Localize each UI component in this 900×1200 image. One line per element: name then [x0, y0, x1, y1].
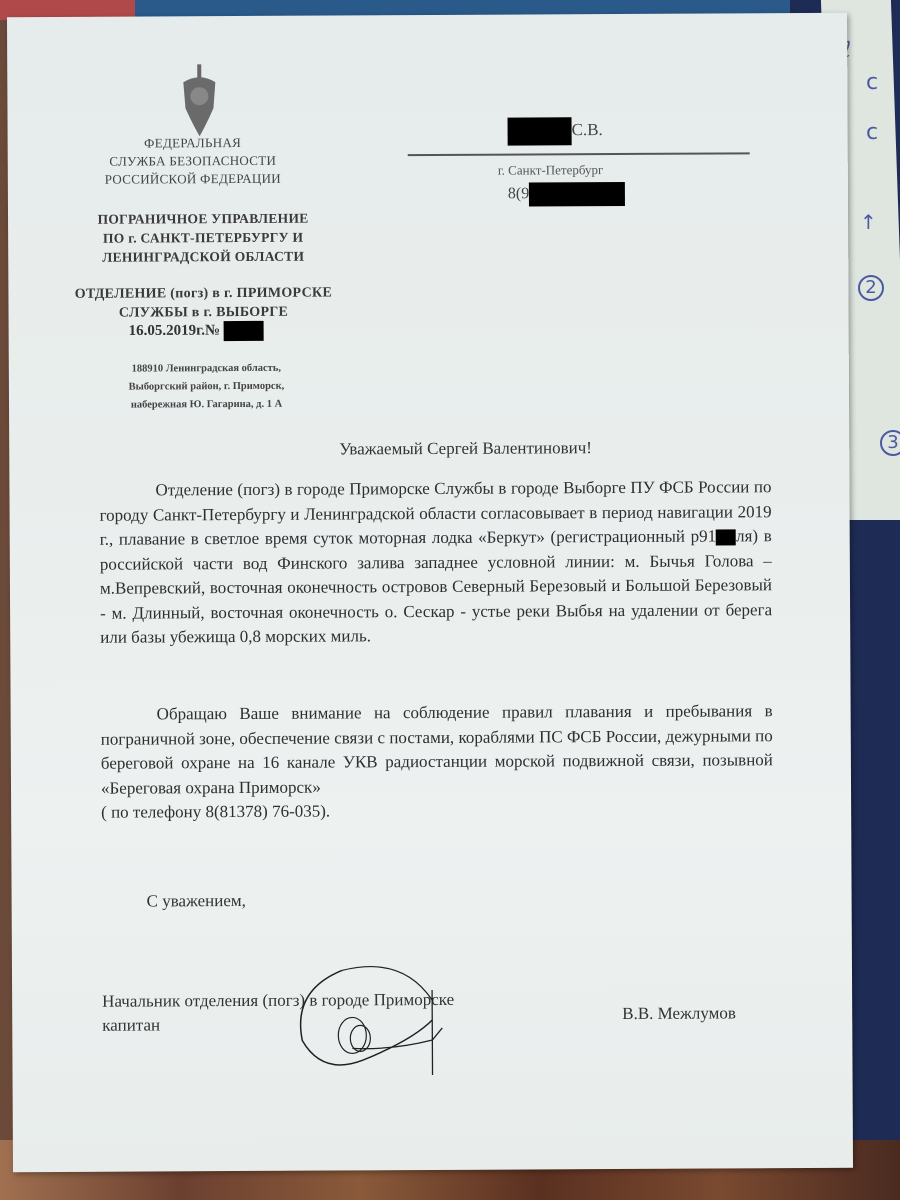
paragraph-notice: Обращаю Ваше внимание на соблюдение прав… — [101, 699, 774, 825]
agency-name: ФЕДЕРАЛЬНАЯ СЛУЖБА БЕЗОПАСНОСТИ РОССИЙСК… — [68, 134, 318, 189]
closing: С уважением, — [147, 891, 246, 912]
recipient-city: г. Санкт-Петербург — [498, 162, 604, 179]
recipient-divider — [408, 152, 750, 156]
redaction-box — [224, 321, 264, 341]
signatory-name: В.В. Межлумов — [622, 1003, 736, 1024]
letter-paper: ФЕДЕРАЛЬНАЯ СЛУЖБА БЕЗОПАСНОСТИ РОССИЙСК… — [7, 13, 853, 1172]
recipient-phone: 8(9 — [508, 182, 625, 207]
date-number: 16.05.2019г.№ — [129, 321, 264, 342]
salutation: Уважаемый Сергей Валентинович! — [339, 438, 592, 459]
redaction-box — [508, 117, 572, 145]
directorate-name: ПОГРАНИЧНОЕ УПРАВЛЕНИЕ ПО г. САНКТ-ПЕТЕР… — [53, 208, 353, 267]
fsb-shield-emblem-icon — [179, 64, 219, 138]
department-name: ОТДЕЛЕНИЕ (погз) в г. ПРИМОРСКЕ СЛУЖБЫ в… — [38, 283, 368, 323]
contact-phone: ( по телефону 8(81378) 76-035). — [101, 797, 773, 825]
recipient-name: С.В. — [508, 117, 603, 145]
redaction-box — [529, 182, 625, 207]
paragraph-approval: Отделение (погз) в городе Приморске Служ… — [99, 475, 772, 650]
sender-address: 188910 Ленинградская область, Выборгский… — [99, 360, 314, 415]
redaction-box — [716, 529, 736, 545]
handwritten-signature-icon — [282, 960, 503, 1081]
